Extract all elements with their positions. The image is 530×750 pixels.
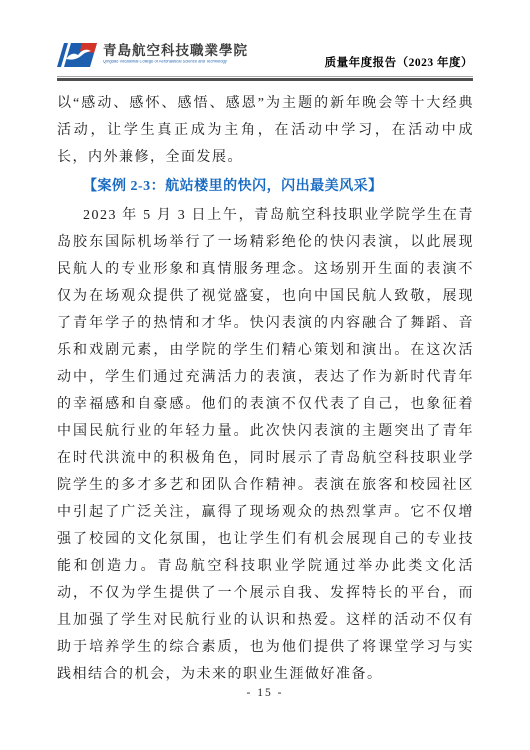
report-title: 质量年度报告（2023 年度） (325, 54, 473, 72)
case-heading: 【案例 2-3：航站楼里的快闪，闪出最美风采】 (57, 173, 474, 200)
case-paragraph: 2023 年 5 月 3 日上午，青岛航空科技职业学院学生在青岛胶东国际机场举行… (57, 202, 474, 688)
header-divider-thick-line (57, 78, 473, 81)
college-name-chinese: 青島航空科技職業學院 (103, 44, 285, 58)
college-name-block: 青島航空科技職業學院 Qingdao Vocational College of… (103, 44, 285, 66)
header-divider (57, 76, 473, 81)
college-name-english: Qingdao Vocational College of Aeronautic… (103, 60, 227, 64)
header-divider-thin-line (57, 76, 473, 77)
report-page: 青島航空科技職業學院 Qingdao Vocational College of… (0, 0, 530, 750)
intro-paragraph: 以“感动、感怀、感悟、感恩”为主题的新年晚会等十大经典活动，让学生真正成为主角，… (57, 90, 474, 171)
college-brand: 青島航空科技職業學院 Qingdao Vocational College of… (57, 40, 285, 70)
page-number: - 15 - (0, 687, 530, 699)
college-logo-icon (57, 40, 97, 70)
document-body: 以“感动、感怀、感悟、感恩”为主题的新年晚会等十大经典活动，让学生真正成为主角，… (57, 90, 474, 688)
page-header: 青島航空科技職業學院 Qingdao Vocational College of… (57, 38, 473, 72)
